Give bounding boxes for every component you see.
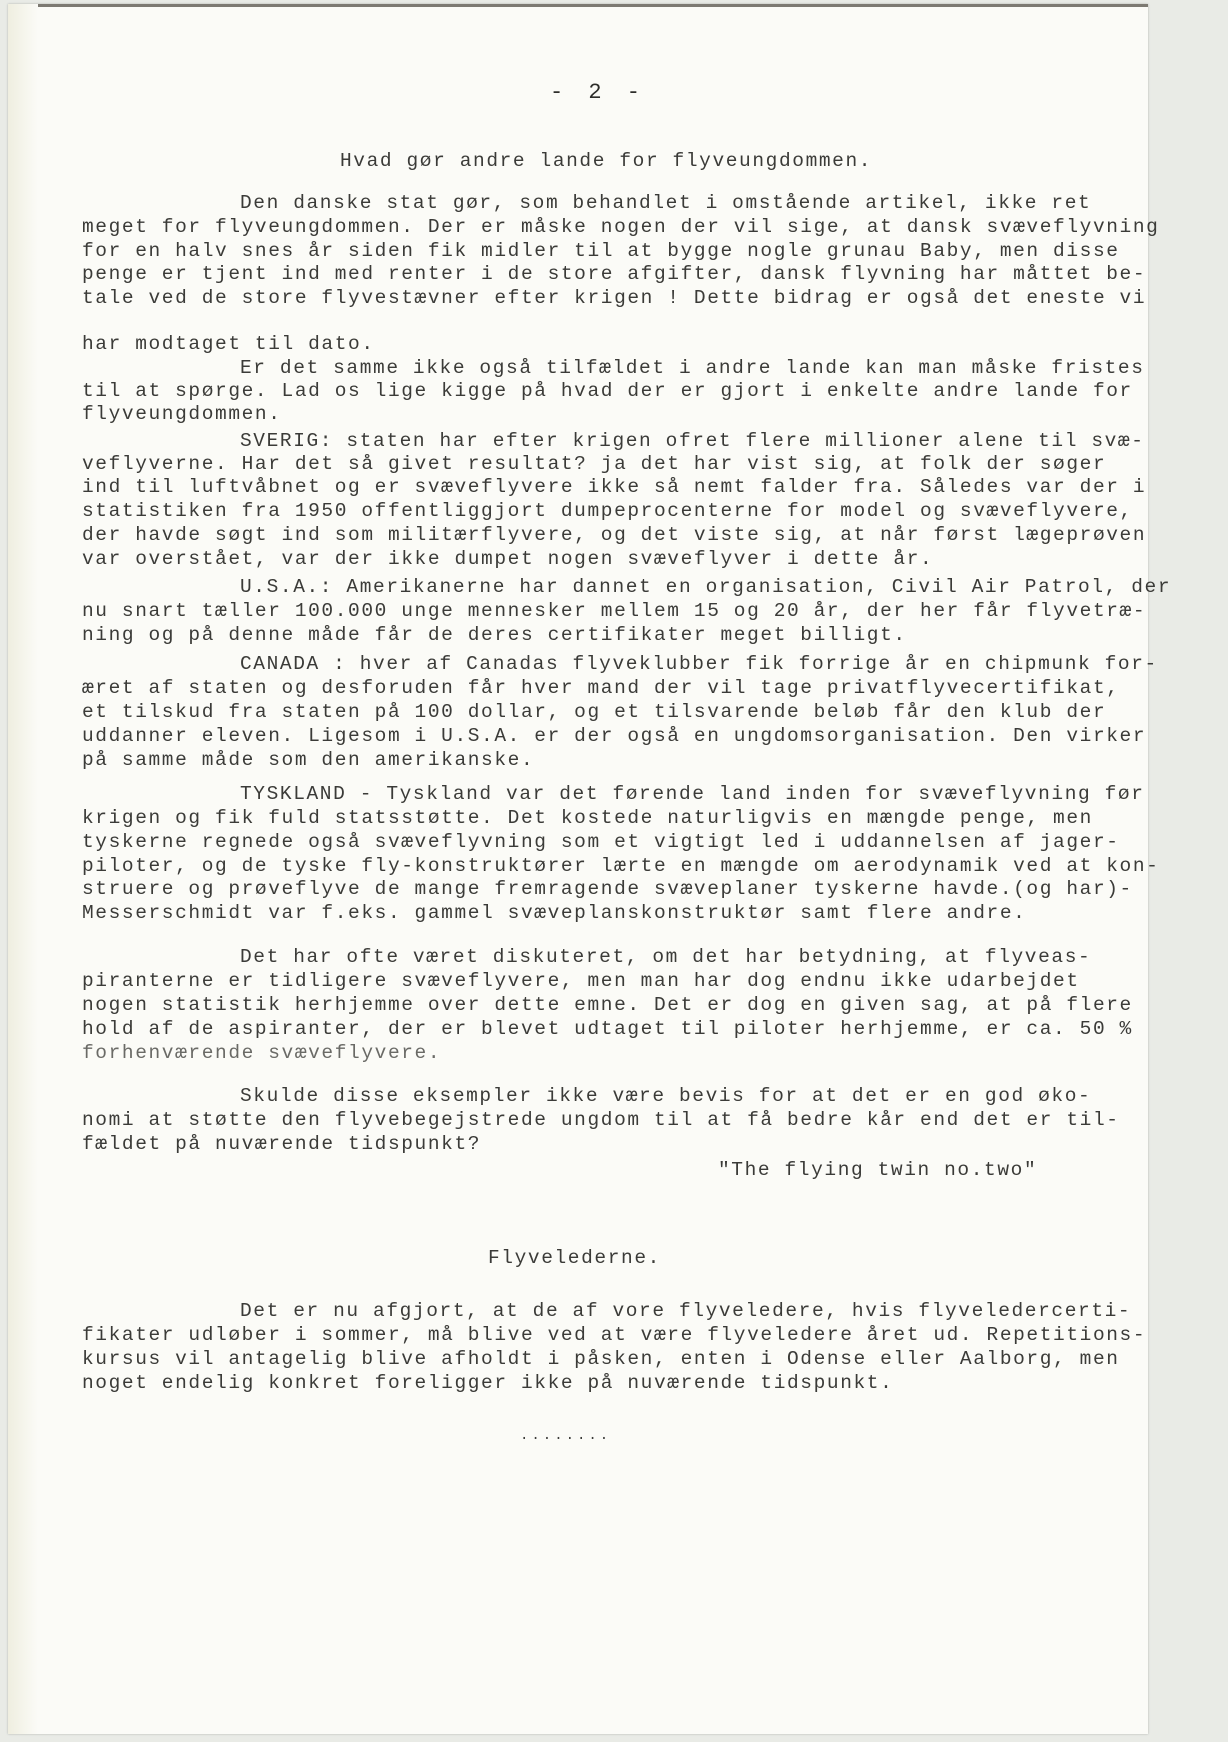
- body-line: har modtaget til dato.: [82, 333, 375, 355]
- page-number: - 2 -: [550, 82, 646, 104]
- body-line: Den danske stat gør, som behandlet i oms…: [240, 192, 1091, 214]
- page-top-edge: [8, 4, 1148, 7]
- body-line: var overstået, var der ikke dumpet nogen…: [82, 548, 933, 570]
- body-line: statistiken fra 1950 offentliggjort dump…: [82, 500, 1133, 522]
- body-line: Er det samme ikke også tilfældet i andre…: [240, 357, 1145, 379]
- body-line: piloter, og de tyske fly-konstruktører l…: [82, 855, 1159, 877]
- body-line: tale ved de store flyvestævner efter kri…: [82, 287, 1146, 309]
- body-line: Det har ofte været diskuteret, om det ha…: [240, 946, 1091, 968]
- page-left-edge-shadow: [8, 4, 38, 1734]
- body-line: nogen statistik herhjemme over dette emn…: [82, 994, 1133, 1016]
- article-heading: Hvad gør andre lande for flyveungdommen.: [340, 150, 872, 172]
- body-line: for en halv snes år siden fik midler til…: [82, 240, 1120, 262]
- body-line: fældet på nuværende tidspunkt?: [82, 1133, 481, 1155]
- body-line: penge er tjent ind med renter i de store…: [82, 263, 1146, 285]
- body-line: fikater udløber i sommer, må blive ved a…: [82, 1324, 1146, 1346]
- body-line: ning og på denne måde får de deres certi…: [82, 624, 907, 646]
- body-line: veflyverne. Har det så givet resultat? j…: [82, 453, 1106, 475]
- body-line: ind til luftvåbnet og er svæveflyvere ik…: [82, 476, 1146, 498]
- section-sverig: SVERIG: staten har efter krigen ofret fl…: [240, 430, 1145, 452]
- body-line: flyveungdommen.: [82, 403, 282, 425]
- body-line: til at spørge. Lad os lige kigge på hvad…: [82, 380, 1133, 402]
- end-mark: ........: [520, 1425, 611, 1447]
- body-line: piranterne er tidligere svæveflyvere, me…: [82, 970, 1080, 992]
- section-tyskland: TYSKLAND - Tyskland var det førende land…: [240, 783, 1145, 805]
- body-line: Skulde disse eksempler ikke være bevis f…: [240, 1085, 1091, 1107]
- section-usa: U.S.A.: Amerikanerne har dannet en organ…: [240, 576, 1171, 598]
- body-line: et tilskud fra staten på 100 dollar, og …: [82, 701, 1106, 723]
- body-line: forhenværende svæveflyvere.: [82, 1042, 441, 1064]
- body-line: struere og prøveflyve de mange fremragen…: [82, 878, 1133, 900]
- body-line: æret af staten og desforuden får hver ma…: [82, 677, 1120, 699]
- body-line: der havde søgt ind som militærflyvere, o…: [82, 524, 1146, 546]
- section-heading-flyvelederne: Flyvelederne.: [488, 1247, 661, 1269]
- body-line: Messerschmidt var f.eks. gammel svævepla…: [82, 902, 1026, 924]
- body-line: krigen og fik fuld statsstøtte. Det kost…: [82, 807, 1093, 829]
- body-line: nu snart tæller 100.000 unge mennesker m…: [82, 600, 1146, 622]
- section-canada: CANADA : hver af Canadas flyveklubber fi…: [240, 653, 1158, 675]
- article-signature: "The flying twin no.two": [718, 1159, 1037, 1181]
- body-line: kursus vil antagelig blive afholdt i pås…: [82, 1348, 1120, 1370]
- body-line: uddanner eleven. Ligesom i U.S.A. er der…: [82, 725, 1146, 747]
- body-line: tyskerne regnede også svæveflyvning som …: [82, 831, 1120, 853]
- body-line: meget for flyveungdommen. Der er måske n…: [82, 216, 1159, 238]
- body-line: noget endelig konkret foreligger ikke på…: [82, 1372, 893, 1394]
- body-line: hold af de aspiranter, der er blevet udt…: [82, 1018, 1133, 1040]
- body-line: nomi at støtte den flyvebegejstrede ungd…: [82, 1109, 1120, 1131]
- body-line: Det er nu afgjort, at de af vore flyvele…: [240, 1300, 1131, 1322]
- body-line: på samme måde som den amerikanske.: [82, 749, 534, 771]
